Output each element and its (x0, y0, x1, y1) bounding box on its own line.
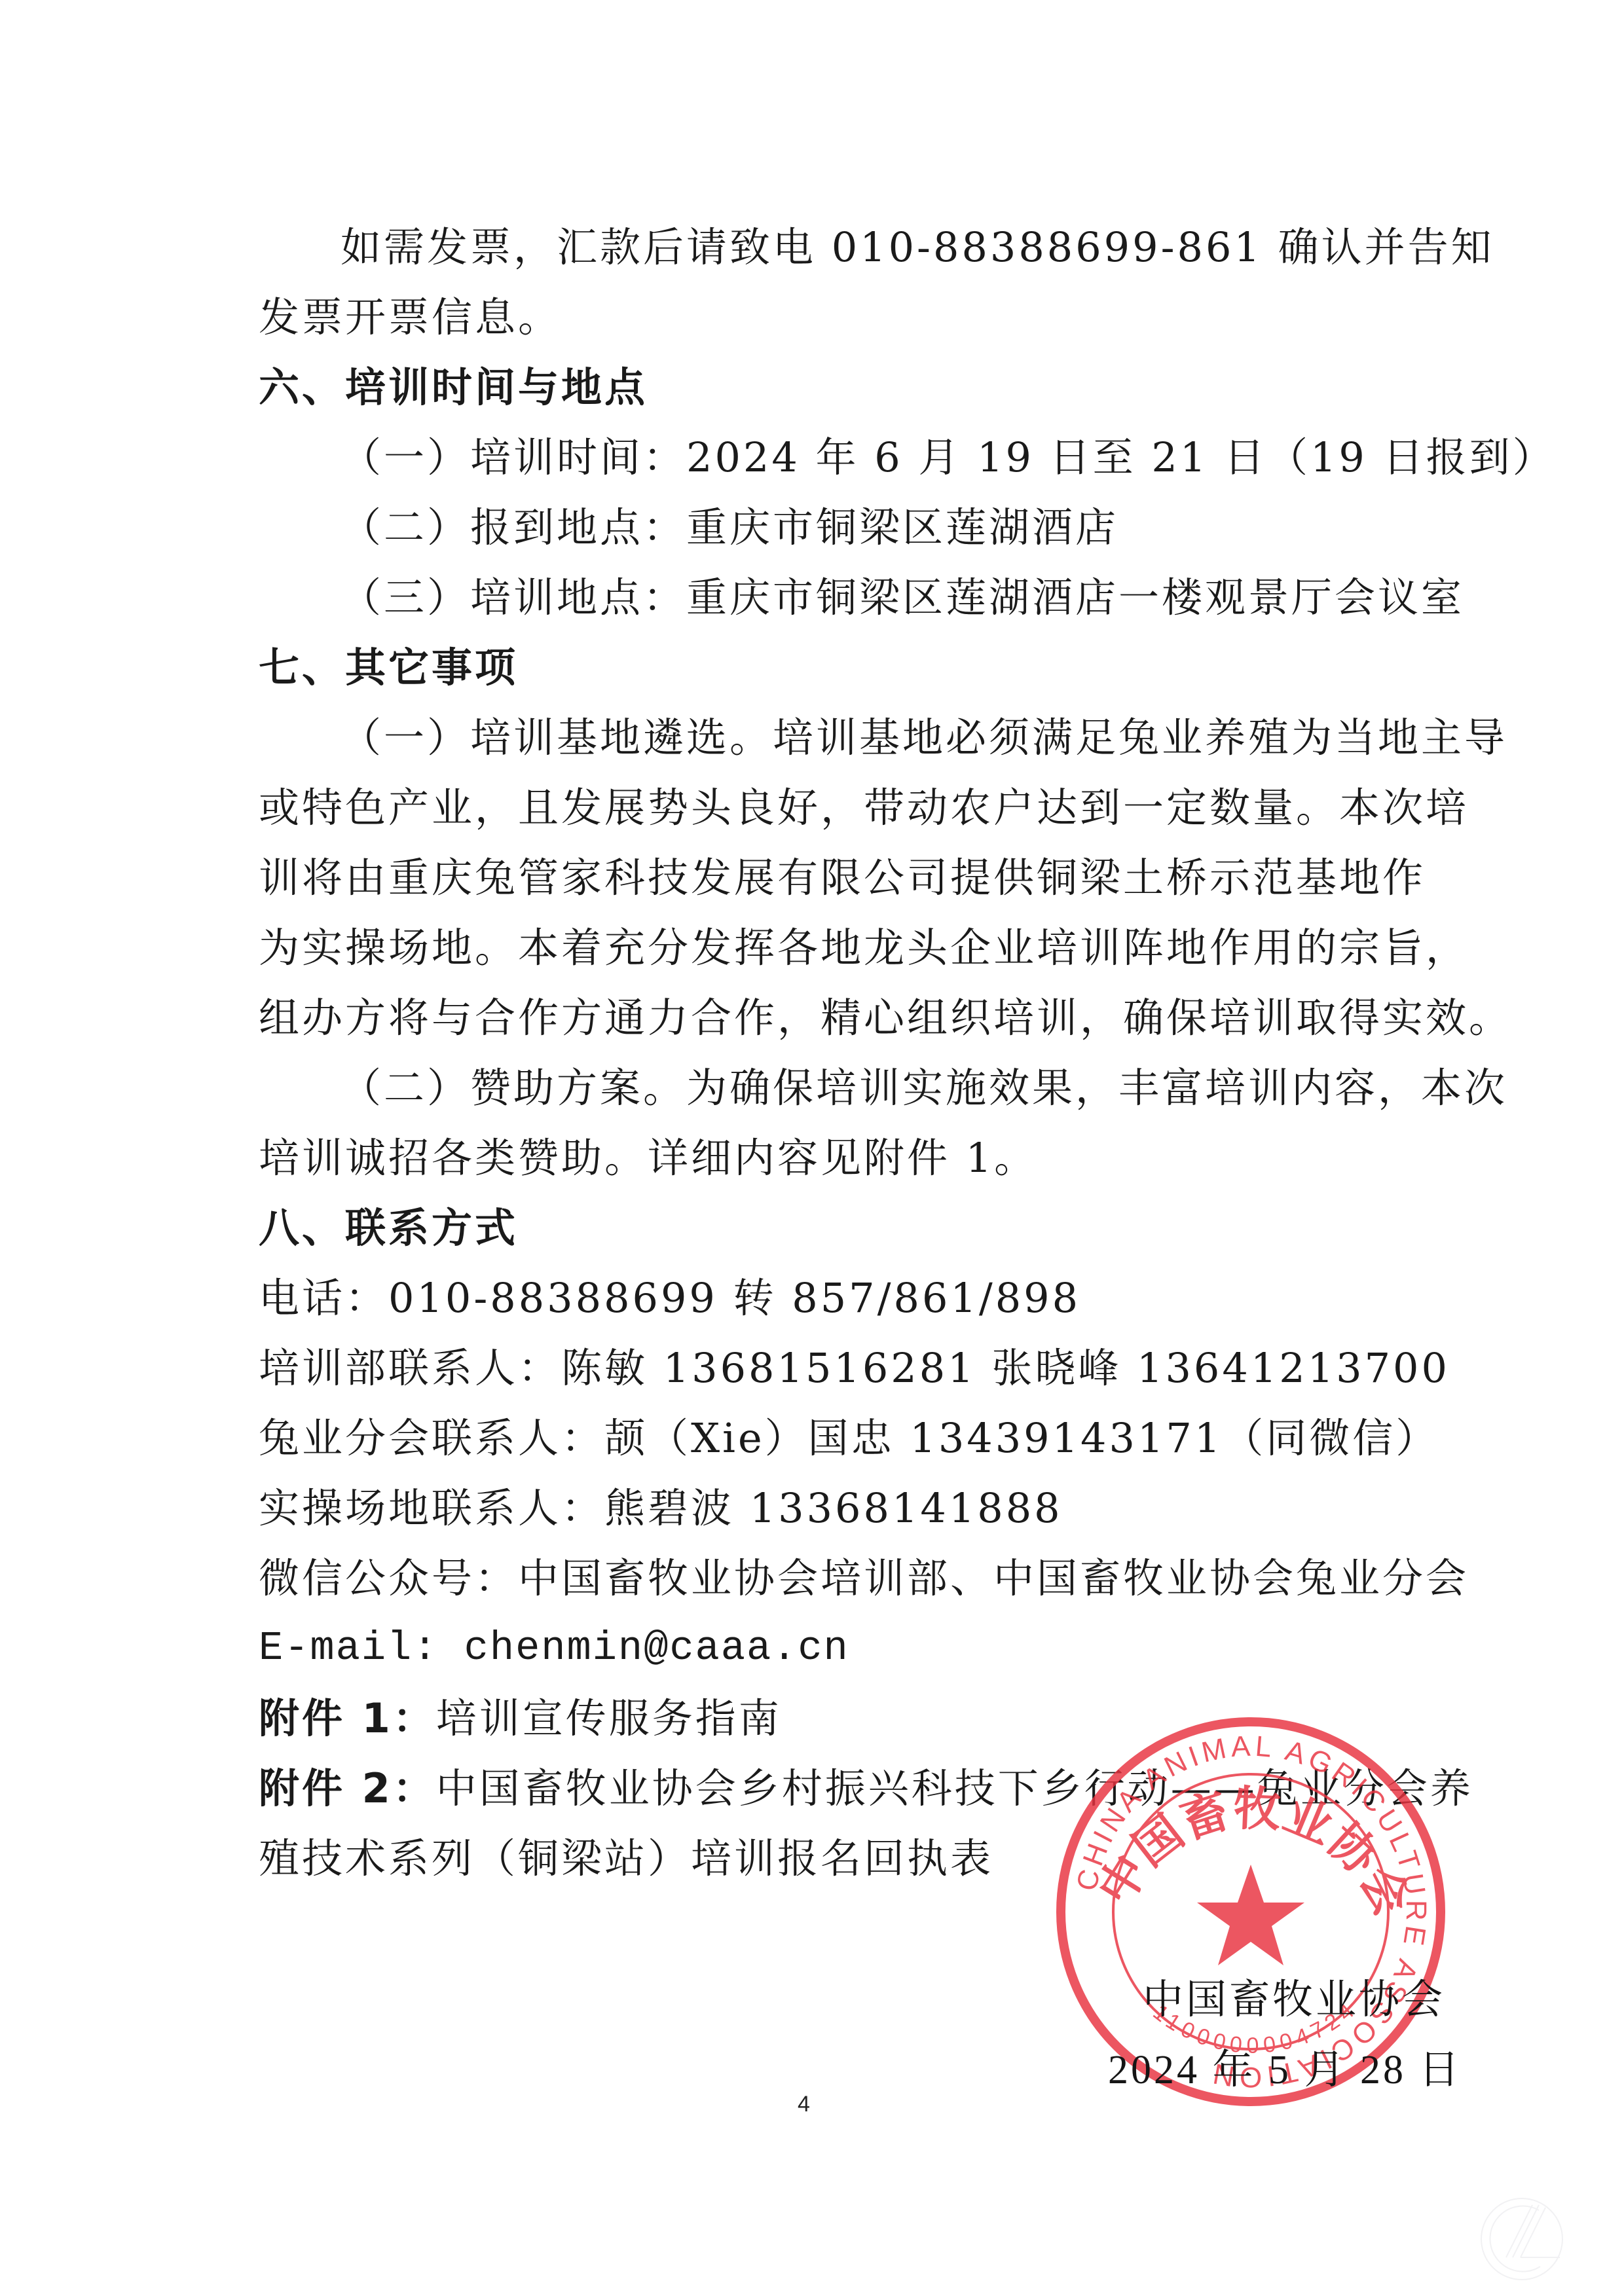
wechat-accounts: 微信公众号：中国畜牧业协会培训部、中国畜牧业协会兔业分会 (259, 1552, 1372, 1605)
signature-organization: 中国畜牧业协会 (1143, 1974, 1445, 2026)
document-page: 如需发票，汇款后请致电 010-88388699-861 确认并告知 发票开票信… (0, 0, 1624, 2296)
section-8-heading: 八、联系方式 (259, 1202, 1372, 1254)
watermark-logo-icon (1480, 2193, 1572, 2285)
invoice-paragraph-line-2: 发票开票信息。 (259, 291, 1372, 344)
email-address[interactable]: chenmin@caaa.cn (464, 1625, 849, 1671)
section-6-heading: 六、培训时间与地点 (259, 361, 1372, 414)
signature-date: 2024 年 5 月 28 日 (1108, 2044, 1462, 2096)
page-number: 4 (798, 2092, 810, 2117)
base-selection-line-4: 为实操场地。本着充分发挥各地龙头企业培训阵地作用的宗旨， (259, 922, 1372, 974)
contact-phone: 电话：010-88388699 转 857/861/898 (259, 1272, 1372, 1324)
attachment-1-label: 附件 1： (259, 1694, 436, 1742)
training-time: （一）培训时间：2024 年 6 月 19 日至 21 日（19 日报到） (341, 431, 1454, 484)
base-selection-line-5: 组办方将与合作方通力合作，精心组织培训，确保培训取得实效。 (259, 992, 1372, 1044)
sponsorship-line-1: （二）赞助方案。为确保培训实施效果，丰富培训内容，本次 (341, 1062, 1454, 1114)
email-label: E-mail: (259, 1625, 438, 1671)
attachment-2-label: 附件 2： (259, 1764, 436, 1812)
rabbit-branch-contact: 兔业分会联系人：颉（Xie）国忠 13439143171（同微信） (259, 1412, 1372, 1465)
registration-location: （二）报到地点：重庆市铜梁区莲湖酒店 (341, 501, 1454, 554)
base-selection-line-1: （一）培训基地遴选。培训基地必须满足兔业养殖为当地主导 (341, 712, 1454, 764)
email-line: E-mail: chenmin@caaa.cn (259, 1622, 1372, 1675)
training-dept-contact: 培训部联系人：陈敏 13681516281 张晓峰 13641213700 (259, 1342, 1372, 1394)
sponsorship-line-2: 培训诚招各类赞助。详细内容见附件 1。 (259, 1132, 1372, 1184)
section-7-heading: 七、其它事项 (259, 642, 1372, 694)
base-selection-line-3: 训将由重庆兔管家科技发展有限公司提供铜梁土桥示范基地作 (259, 852, 1372, 904)
attachment-1-title: 培训宣传服务指南 (436, 1694, 782, 1742)
invoice-paragraph-line-1: 如需发票，汇款后请致电 010-88388699-861 确认并告知 (341, 221, 1454, 274)
training-location: （三）培训地点：重庆市铜梁区莲湖酒店一楼观景厅会议室 (341, 572, 1454, 624)
practice-site-contact: 实操场地联系人：熊碧波 13368141888 (259, 1482, 1372, 1535)
base-selection-line-2: 或特色产业，且发展势头良好，带动农户达到一定数量。本次培 (259, 782, 1372, 834)
